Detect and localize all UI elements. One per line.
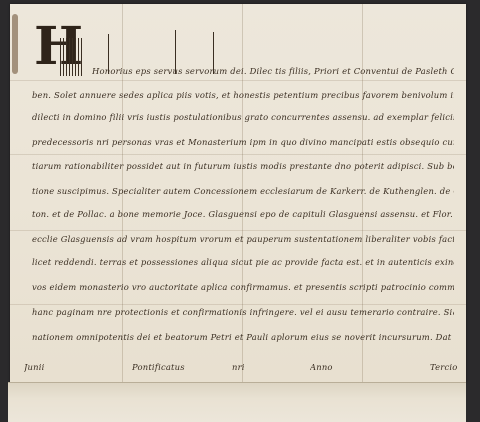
charter-parchment: H Honorius eps servus servorum dei. Dile… xyxy=(10,4,466,382)
text-line-2: ben. Solet annuere sedes aplica piis vot… xyxy=(32,88,454,102)
decorated-initial: H xyxy=(34,16,90,78)
text-line-9: licet reddendi. terras et possessiones a… xyxy=(32,255,454,269)
text-line-7: ton. et de Pollac. a bone memorie Joce. … xyxy=(32,207,454,221)
text-line-12: nationem omnipotentis dei et beatorum Pe… xyxy=(32,330,454,344)
text-line-5: tiarum rationabiliter possidet aut in fu… xyxy=(32,159,454,173)
horizontal-fold xyxy=(10,80,466,81)
elongated-letters xyxy=(60,38,84,76)
dating-anno: Anno xyxy=(310,360,333,374)
dating-month: Junii xyxy=(24,360,45,374)
plica-fold xyxy=(8,382,466,422)
horizontal-fold xyxy=(10,154,466,155)
horizontal-fold xyxy=(10,230,466,231)
text-line-3: dilecti in domino filii vris iustis post… xyxy=(32,110,454,124)
text-line-6: tione suscipimus. Specialiter autem Conc… xyxy=(32,184,454,198)
text-line-11: hanc paginam nre protectionis et confirm… xyxy=(32,305,454,319)
text-line-4: predecessoris nri personas vras et Monas… xyxy=(32,135,454,149)
dating-pontificatus: Pontificatus xyxy=(132,360,185,374)
dating-year: Tercio xyxy=(430,360,458,374)
text-line-8: ecclie Glasguensis ad vram hospitum vror… xyxy=(32,232,454,246)
edge-stain xyxy=(12,14,18,74)
text-line-10: vos eidem monasterio vro auctoritate apl… xyxy=(32,280,454,294)
dating-ordinal: nri xyxy=(232,360,245,374)
text-line-1: Honorius eps servus servorum dei. Dilec … xyxy=(92,64,454,78)
